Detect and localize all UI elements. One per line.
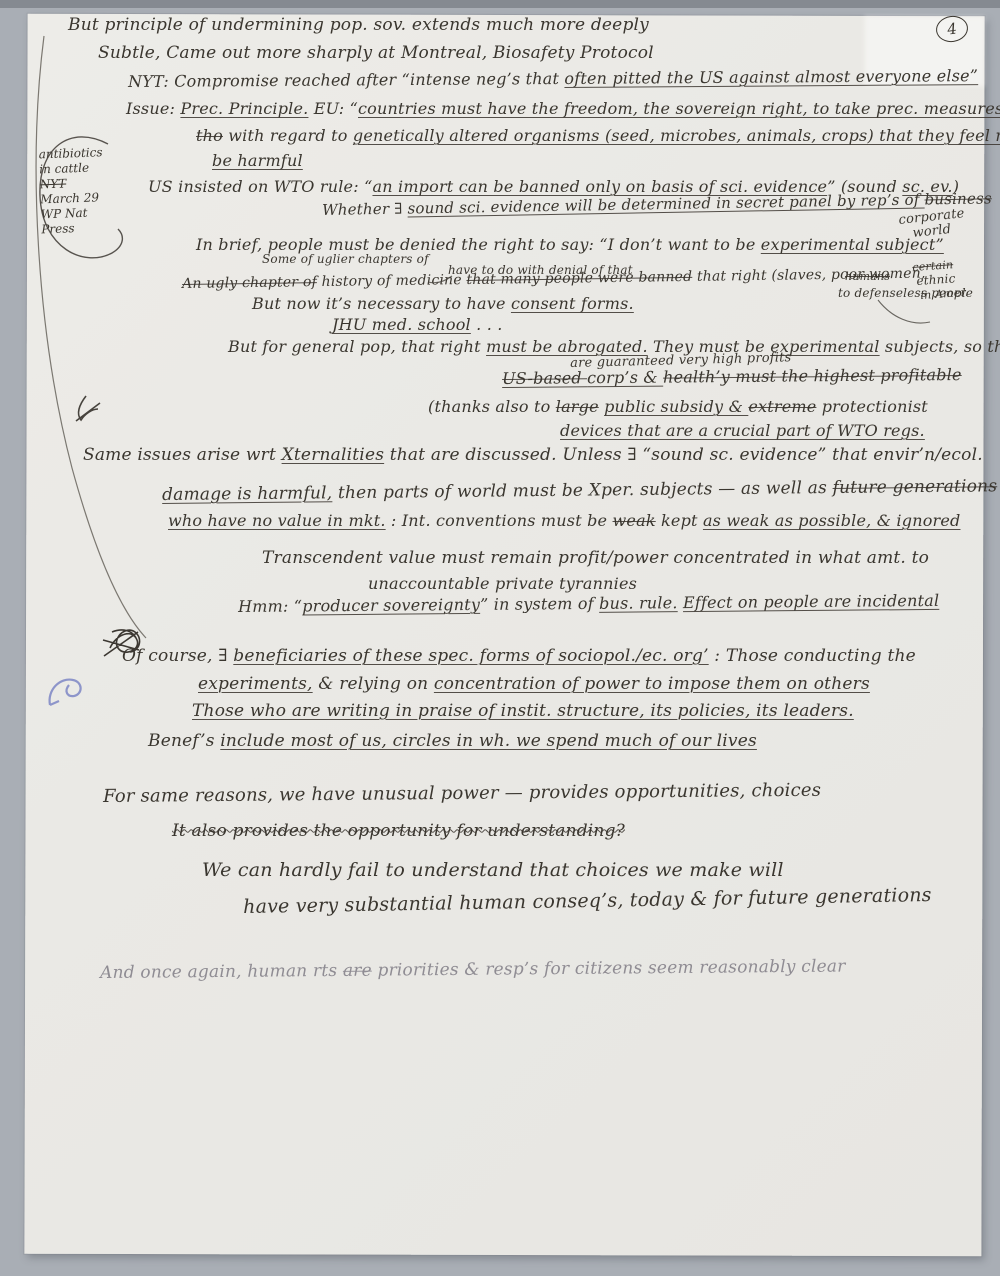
handwritten-line: Issue: Prec. Principle. EU: “countries m… [126, 100, 1000, 118]
handwritten-segment: often pitted the US against almost every… [564, 66, 978, 88]
handwritten-segment: An ugly chapter of [182, 274, 317, 292]
handwritten-segment: beneficiaries of these spec. forms of so… [233, 646, 708, 666]
margin-note: antibioticsin cattleNYTMarch 29WP NatPre… [38, 145, 121, 238]
handwritten-segment: ethnic [916, 271, 956, 288]
handwritten-segment: consent forms. [511, 294, 634, 313]
handwritten-segment: Some of uglier chapters of [262, 252, 429, 266]
handwritten-segment: It also provides the opportunity for und… [172, 821, 625, 841]
handwritten-segment: JHU med. school [332, 315, 471, 334]
handwritten-segment: (thanks also to [428, 397, 556, 416]
handwritten-segment: subjects, so that [880, 337, 1000, 356]
handwritten-segment: Those who are writing in praise of insti… [192, 701, 854, 721]
handwritten-line: US-based corp’s & health’y must the high… [502, 366, 962, 388]
scanned-manuscript: { "document": { "kind": "handwritten man… [0, 0, 1000, 1276]
handwritten-segment: producer sovereignty [302, 595, 480, 616]
handwritten-segment: who have no value in mkt. [168, 511, 386, 530]
handwritten-segment: Of course, ∃ [122, 646, 233, 666]
handwritten-segment: But principle of undermining pop. sov. e… [68, 15, 649, 35]
handwritten-segment: & relying on [313, 674, 434, 694]
handwritten-segment: extreme [748, 397, 816, 416]
handwritten-segment: Issue: [126, 99, 180, 118]
handwritten-line: Same issues arise wrt Xternalities that … [83, 446, 983, 465]
handwritten-segment: NYT: Compromise reached after “intense n… [128, 69, 564, 91]
handwritten-segment: have very substantial human conseq’s, to… [243, 884, 932, 918]
handwritten-segment: Effect on people are incidental [683, 591, 939, 612]
handwritten-segment: protectionist [816, 397, 928, 416]
handwritten-line: We can hardly fail to understand that ch… [202, 860, 784, 881]
handwritten-line: (thanks also to large public subsidy & e… [428, 398, 928, 416]
handwritten-segment: experimental subject” [761, 235, 944, 254]
handwritten-line: experiments, & relying on concentration … [198, 675, 870, 694]
handwritten-segment: include most of us, circles in wh. we sp… [220, 731, 757, 751]
handwritten-line: be harmful [212, 152, 303, 170]
handwritten-segment: EU: “ [308, 99, 358, 118]
handwritten-segment: We can hardly fail to understand that ch… [202, 859, 784, 881]
handwritten-segment: tho [196, 126, 223, 145]
handwritten-line: Benef’s include most of us, circles in w… [148, 732, 757, 751]
page-number-text: 4 [946, 19, 958, 38]
handwritten-segment: But now it’s necessary to have [252, 294, 511, 313]
handwriting-layer: But principle of undermining pop. sov. e… [0, 0, 1000, 1276]
handwritten-segment: And once again, human rts [100, 961, 343, 983]
handwritten-segment: For same reasons, we have unusual power … [103, 780, 821, 807]
handwritten-segment: Benef’s [148, 731, 220, 751]
handwritten-segment: Hmm: “ [238, 596, 302, 616]
handwritten-segment: future generations [832, 476, 997, 498]
handwritten-line: But principle of undermining pop. sov. e… [68, 16, 649, 35]
handwritten-line: devices that are a crucial part of WTO r… [560, 422, 925, 440]
handwritten-line: But now it’s necessary to have consent f… [252, 295, 634, 313]
handwritten-segment: ” in system of [480, 594, 599, 614]
handwritten-line: It also provides the opportunity for und… [172, 822, 625, 841]
handwritten-segment: weak [613, 511, 656, 530]
handwritten-line: And once again, human rts are priorities… [100, 957, 846, 982]
handwritten-segment: concentration of power to impose them on… [434, 674, 870, 694]
handwritten-segment: large [556, 397, 599, 416]
handwritten-segment: devices that are a crucial part of WTO r… [560, 421, 925, 440]
handwritten-segment: Prec. Principle. [180, 99, 308, 118]
handwritten-line: Those who are writing in praise of insti… [192, 702, 854, 721]
handwritten-segment: humans [845, 270, 890, 283]
handwritten-segment: damage is harmful, [162, 483, 332, 505]
handwritten-segment: corp’s & [587, 368, 663, 388]
handwritten-segment: history of medicine [317, 272, 467, 290]
handwritten-line: For same reasons, we have unusual power … [103, 781, 821, 807]
handwritten-segment: priorities & resp’s for citizens seem re… [372, 956, 846, 980]
handwritten-line: humans [845, 271, 890, 283]
handwritten-segment: bus. rule. [599, 593, 678, 613]
handwritten-segment: Transcendent value must remain profit/po… [262, 548, 929, 568]
handwritten-segment: as weak as possible, & ignored [703, 511, 961, 530]
handwritten-line: unaccountable private tyrannies [368, 575, 637, 593]
handwritten-line: In brief, people must be denied the righ… [196, 236, 944, 254]
handwritten-line: Subtle, Came out more sharply at Montrea… [98, 44, 654, 63]
margin-note-line: Press [41, 220, 121, 238]
handwritten-line: An ugly chapter of history of medicine t… [182, 267, 926, 293]
handwritten-line: Of course, ∃ beneficiaries of these spec… [122, 647, 916, 666]
handwritten-segment: Xternalities [282, 445, 385, 465]
handwritten-line: JHU med. school . . . [332, 316, 503, 334]
handwritten-segment: genetically altered organisms (seed, mic… [353, 126, 1000, 145]
handwritten-line: NYT: Compromise reached after “intense n… [128, 67, 978, 91]
handwritten-segment: But for general pop, that right [228, 337, 486, 356]
handwritten-segment: are [343, 961, 372, 981]
handwritten-line: But for general pop, that right must be … [228, 338, 1000, 356]
handwritten-segment: then parts of world must be Xper. subjec… [332, 478, 833, 503]
handwritten-segment: that many people were banned [466, 269, 692, 288]
handwritten-segment: US insisted on WTO rule: “ [148, 177, 372, 196]
handwritten-segment: that are discussed. Unless ∃ “sound sc. … [384, 445, 983, 465]
handwritten-segment: be harmful [212, 151, 303, 170]
handwritten-segment: public subsidy & [604, 397, 748, 416]
handwritten-line: Transcendent value must remain profit/po… [262, 549, 929, 568]
handwritten-segment: that right (slaves, poor women, [692, 266, 925, 285]
handwritten-segment: health’y must the highest profitable [663, 365, 962, 387]
handwritten-segment: countries must have the freedom, the sov… [358, 99, 1000, 118]
handwritten-segment: with regard to [223, 126, 353, 145]
handwritten-line: tho with regard to genetically altered o… [196, 127, 1000, 145]
handwritten-segment: unaccountable private tyrannies [368, 574, 637, 593]
handwritten-segment: Whether ∃ [322, 200, 408, 219]
handwritten-line: Some of uglier chapters of [262, 253, 429, 266]
handwritten-segment: US-based [502, 368, 587, 388]
handwritten-line: damage is harmful, then parts of world m… [162, 477, 997, 504]
handwritten-segment: Same issues arise wrt [83, 445, 282, 465]
handwritten-line: who have no value in mkt. : Int. convent… [168, 512, 961, 530]
handwritten-line: ethnic [916, 272, 956, 288]
handwritten-segment: : Those conducting the [709, 646, 916, 666]
handwritten-line: Hmm: “producer sovereignty” in system of… [238, 592, 939, 616]
handwritten-segment: . . . [471, 315, 503, 334]
handwritten-segment: kept [656, 511, 703, 530]
handwritten-line: have very substantial human conseq’s, to… [243, 885, 932, 918]
handwritten-segment: : Int. conventions must be [386, 511, 613, 530]
handwritten-segment: experiments, [198, 674, 313, 694]
handwritten-segment: must be abrogated. [486, 337, 648, 356]
handwritten-segment: Subtle, Came out more sharply at Montrea… [98, 43, 654, 63]
